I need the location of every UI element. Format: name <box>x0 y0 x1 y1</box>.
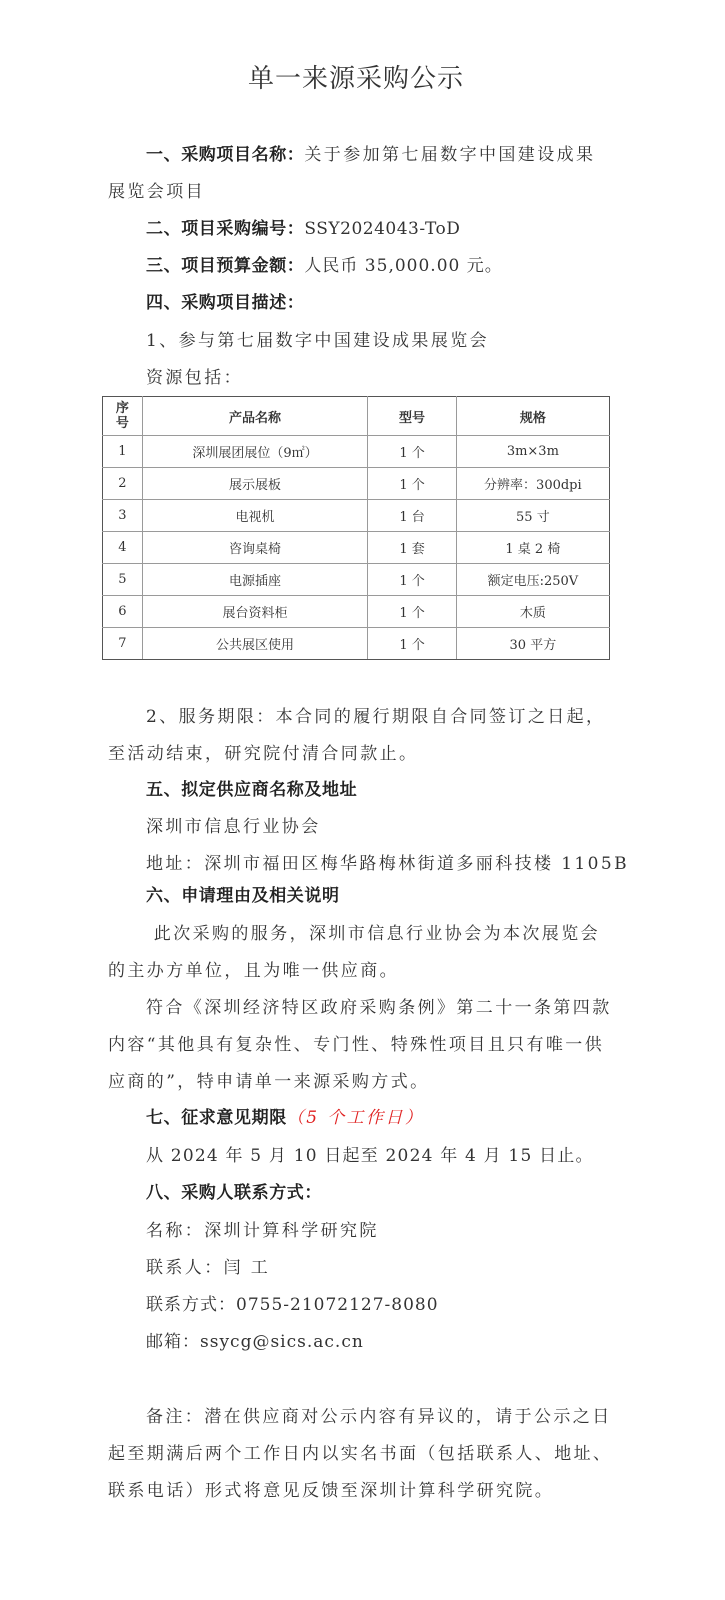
section-budget: 三、项目预算金额：人民币 35,000.00 元。 <box>146 255 656 277</box>
reason-para2-line2: 内容“其他具有复杂性、专门性、特殊性项目且只有唯一供 <box>108 1034 618 1056</box>
description-item-1: 1、参与第七届数字中国建设成果展览会 <box>146 330 656 352</box>
contact-org-name: 名称：深圳计算科学研究院 <box>146 1220 656 1242</box>
section-budget-label: 三、项目预算金额： <box>146 256 304 276</box>
section-supplier-heading: 五、拟定供应商名称及地址 <box>146 779 656 801</box>
section-project-number: 二、项目采购编号：SSY2024043-ToD <box>146 218 656 240</box>
remark-line3: 联系电话）形式将意见反馈至深圳计算科学研究院。 <box>108 1480 618 1502</box>
cell-spec: 分辨率：300dpi <box>456 468 609 500</box>
reason-para1-line2: 的主办方单位，且为唯一供应商。 <box>108 960 618 982</box>
cell-spec: 30 平方 <box>456 628 609 660</box>
supplier-address: 地址：深圳市福田区梅华路梅林街道多丽科技楼 1105B <box>146 853 656 875</box>
cell-name: 咨询桌椅 <box>142 532 368 564</box>
cell-name: 深圳展团展位（9㎡） <box>142 436 368 468</box>
section-project-number-label: 二、项目采购编号： <box>146 219 304 239</box>
cell-spec: 3m×3m <box>456 436 609 468</box>
cell-spec: 1 桌 2 椅 <box>456 532 609 564</box>
cell-model: 1 个 <box>368 596 456 628</box>
cell-spec: 55 寸 <box>456 500 609 532</box>
reason-para2-line1: 符合《深圳经济特区政府采购条例》第二十一条第四款 <box>146 997 656 1019</box>
cell-model: 1 个 <box>368 564 456 596</box>
cell-model: 1 个 <box>368 628 456 660</box>
project-number-value: SSY2024043-ToD <box>304 219 460 239</box>
table-header-row: 序 号 产品名称 型号 规格 <box>103 397 610 436</box>
table-row: 3 电视机 1 台 55 寸 <box>103 500 610 532</box>
cell-no: 7 <box>103 628 143 660</box>
cell-name: 展示展板 <box>142 468 368 500</box>
cell-no: 5 <box>103 564 143 596</box>
table-row: 4 咨询桌椅 1 套 1 桌 2 椅 <box>103 532 610 564</box>
contact-email: 邮箱：ssycg@sics.ac.cn <box>146 1331 656 1353</box>
section-project-name: 一、采购项目名称：关于参加第七届数字中国建设成果 <box>146 144 656 166</box>
table-row: 5 电源插座 1 个 额定电压:250V <box>103 564 610 596</box>
table-row: 7 公共展区使用 1 个 30 平方 <box>103 628 610 660</box>
section-comment-period-label: 七、征求意见期限 <box>146 1108 287 1128</box>
cell-model: 1 个 <box>368 468 456 500</box>
section-description-heading: 四、采购项目描述： <box>146 292 656 314</box>
cell-name: 公共展区使用 <box>142 628 368 660</box>
cell-spec: 额定电压:250V <box>456 564 609 596</box>
cell-no: 2 <box>103 468 143 500</box>
working-days-note: （5 个工作日） <box>287 1108 424 1128</box>
cell-no: 1 <box>103 436 143 468</box>
header-no: 序 号 <box>103 397 143 436</box>
contact-phone: 联系方式：0755-21072127-8080 <box>146 1294 656 1316</box>
header-product-name: 产品名称 <box>142 397 368 436</box>
table-row: 1 深圳展团展位（9㎡） 1 个 3m×3m <box>103 436 610 468</box>
cell-model: 1 台 <box>368 500 456 532</box>
document-title: 单一来源采购公示 <box>0 62 712 96</box>
header-model: 型号 <box>368 397 456 436</box>
service-period-line1: 2、服务期限：本合同的履行期限自合同签订之日起， <box>146 706 656 728</box>
resources-label: 资源包括： <box>146 367 656 389</box>
section-reason-heading: 六、申请理由及相关说明 <box>146 885 656 907</box>
table-row: 6 展台资料柜 1 个 木质 <box>103 596 610 628</box>
contact-person: 联系人：闫 工 <box>146 1257 656 1279</box>
section-comment-period: 七、征求意见期限（5 个工作日） <box>146 1107 656 1129</box>
reason-para1-line1: 此次采购的服务，深圳市信息行业协会为本次展览会 <box>146 923 656 945</box>
table-row: 2 展示展板 1 个 分辨率：300dpi <box>103 468 610 500</box>
section-project-name-label: 一、采购项目名称： <box>146 145 304 165</box>
reason-para2-line3: 应商的”，特申请单一来源采购方式。 <box>108 1071 618 1093</box>
project-name-continuation: 展览会项目 <box>108 181 618 203</box>
section-contact-heading: 八、采购人联系方式： <box>146 1182 656 1204</box>
cell-no: 3 <box>103 500 143 532</box>
service-period-line2: 至活动结束，研究院付清合同款止。 <box>108 743 618 765</box>
remark-line1: 备注：潜在供应商对公示内容有异议的，请于公示之日 <box>146 1406 656 1428</box>
cell-model: 1 个 <box>368 436 456 468</box>
cell-name: 电源插座 <box>142 564 368 596</box>
cell-model: 1 套 <box>368 532 456 564</box>
document-page: 单一来源采购公示 一、采购项目名称：关于参加第七届数字中国建设成果 展览会项目 … <box>0 0 725 1600</box>
remark-line2: 起至期满后两个工作日内以实名书面（包括联系人、地址、 <box>108 1443 618 1465</box>
header-no-line1: 序 <box>103 401 142 416</box>
cell-name: 电视机 <box>142 500 368 532</box>
supplier-name: 深圳市信息行业协会 <box>146 816 656 838</box>
cell-no: 6 <box>103 596 143 628</box>
comment-period-dates: 从 2024 年 5 月 10 日起至 2024 年 4 月 15 日止。 <box>146 1145 656 1167</box>
cell-spec: 木质 <box>456 596 609 628</box>
resources-table: 序 号 产品名称 型号 规格 1 深圳展团展位（9㎡） 1 个 3m×3m 2 … <box>102 396 610 660</box>
cell-name: 展台资料柜 <box>142 596 368 628</box>
budget-value: 人民币 35,000.00 元。 <box>304 256 502 276</box>
project-name-value: 关于参加第七届数字中国建设成果 <box>304 145 595 165</box>
cell-no: 4 <box>103 532 143 564</box>
header-no-line2: 号 <box>103 416 142 431</box>
header-spec: 规格 <box>456 397 609 436</box>
